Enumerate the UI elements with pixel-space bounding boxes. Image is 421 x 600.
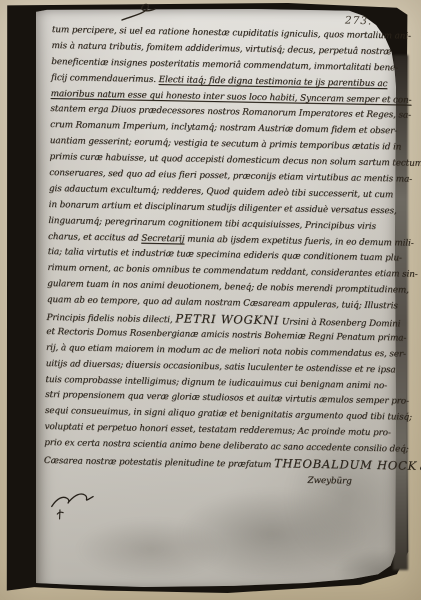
manuscript-text: tum percipere, si uel ea ratione honestæ…	[44, 23, 388, 491]
folio-number: 273.	[345, 15, 373, 28]
stain-mark	[336, 549, 421, 594]
stain-mark	[76, 519, 226, 579]
notary-paraph-icon	[49, 487, 98, 532]
stain-mark	[176, 489, 366, 579]
manuscript-photo: 273. tum percipere, si uel ea ratione ho…	[0, 0, 421, 600]
